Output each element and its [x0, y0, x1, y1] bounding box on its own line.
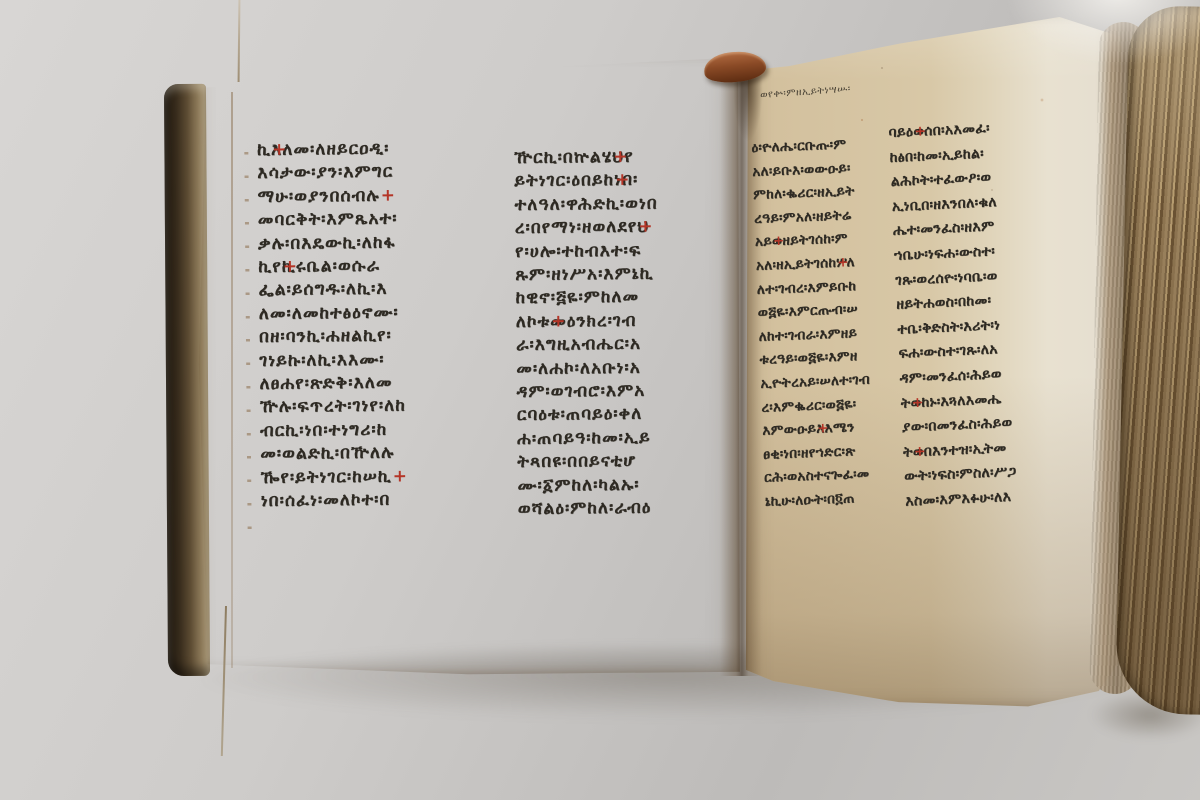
text-line: የ፡ሀሎ፡ተከብእተ፡ፍ [515, 238, 747, 264]
rubric-cross: + [380, 184, 398, 208]
rubric-cross: + [282, 256, 300, 280]
text-line: ይትነገር፡ዕበይከ+ነበ፡ [514, 168, 746, 194]
right-page-column-1: ዕ፡ዮለሔ፡ርቡጡ፡ምአለ፡ይቡእ፡ወውዑይ፡ምከለ፡ቈሪር፡ዘኢይትረዓይ፡ም… [751, 132, 899, 514]
text-line: ለመ፡ለመከተፅዕኖሙ፡ [259, 300, 495, 326]
rubric-cross: + [816, 417, 831, 441]
text-line: ፌል፡ይሰግዱ፡ለኪ፡እ [258, 277, 494, 303]
rubric-cross: + [913, 119, 928, 144]
text-line: ዳም፡ወገብሮ፡እምአ [516, 379, 748, 405]
text-line: ዀየ፡ይትነገር፡ከሠኪ+ [260, 464, 496, 490]
rubric-cross: + [550, 310, 568, 334]
text-line: ኪ+እለመ፡ለዘይርዐዲ፡ [257, 137, 493, 163]
text-line: ርባዕቱ፡ጠባይዕ፡ቀለ [517, 402, 749, 428]
text-line: በዘ፡ባንኪ፡ሐዘልኪየ፡ [259, 324, 495, 350]
rubric-cross: + [910, 390, 925, 415]
manuscript-photograph: ወየቍ፡ምዘኢይትነሣሡ፡ ኪ+እለመ፡ለዘይርዐዲ፡እሳታው፡ያን፡እምግርማ… [0, 0, 1200, 800]
rubric-cross: + [836, 251, 851, 275]
rubric-cross: + [392, 465, 410, 489]
gutter-top-shadow [733, 72, 763, 142]
text-line: ከዊኖ፡፭ዬ፡ምከለመ [515, 285, 747, 311]
rubric-cross: + [614, 169, 632, 193]
text-line: ኪየ+ኪሩቤል፡ወሱራ [258, 254, 494, 280]
binding-thread-top [238, 0, 241, 82]
text-line: ነበ፡ሰፈነ፡መለኮተ፡በ [261, 488, 497, 514]
text-line: ብርኪ፡ነበ፡ተነግሪ፡ከ [260, 417, 496, 443]
rubric-cross: + [612, 146, 630, 170]
text-line: ዅሉ፡ፍጥረት፡ገነየ፡ለከ [260, 394, 496, 420]
text-line: ዅርኪ፡በኵልሄ+ህየ [514, 145, 746, 171]
overexposed-highlight [1008, 0, 1200, 64]
left-page-column-1: ኪ+እለመ፡ለዘይርዐዲ፡እሳታው፡ያን፡እምግርማሁ፡ወያንበሰብሉ+መባርቅ… [257, 137, 497, 514]
text-line: መ፡ወልድኪ፡በዅለሉ [260, 441, 496, 467]
left-page-column-2: ዅርኪ፡በኵልሄ+ህየይትነገር፡ዕበይከ+ነበ፡ተለዓለ፡ዋሕድኪ፡ወነበረ፡… [514, 145, 750, 522]
rubric-cross: + [912, 439, 927, 464]
text-line: መ፡ለሐኮ፡ለአቡነ፡አ [516, 355, 748, 381]
text-line: ለኮቱ+መዕንክረ፡ገብ [516, 308, 748, 334]
text-line: ወሻልዕ፡ምከለ፡ራብዕ [518, 496, 750, 522]
text-line: ረ፡በየማነ፡ዘወለደየ+ህ [515, 215, 747, 241]
text-line: ተለዓለ፡ዋሕድኪ፡ወነበ [514, 191, 746, 217]
text-line: ጹም፡ዘነሥአ፡እምኔኪ [515, 262, 747, 288]
text-line: ማሁ፡ወያንበሰብሉ+ [257, 183, 493, 209]
text-line: ቃሉ፡በእዴውኪ፡ለከፋ [258, 230, 494, 256]
text-line: ሙ፡፩ምከለ፡ካልኡ፡ [517, 472, 749, 498]
page-crease-line [231, 92, 233, 668]
text-line: እሳታው፡ያን፡እምግር [257, 160, 493, 186]
text-line: መባርቅት፡እምጼአተ፡ [258, 207, 494, 233]
rubric-cross: + [271, 139, 289, 163]
rubric-cross: + [772, 230, 787, 254]
rubric-cross: + [637, 216, 655, 240]
text-line: ገነይኩ፡ለኪ፡እእሙ፡ [259, 347, 495, 373]
text-line: ትጻበዩ፡በበይናቲሆ [517, 449, 749, 475]
fore-edge-page-stack [1115, 5, 1200, 715]
text-line: ሐ፡ጠባይዓ፡ከመ፡ኢይ [517, 425, 749, 451]
right-page-column-2: ባይዕ+ወሰበ፡አእመፈ፡ከፅበ፡ከመ፡ኢይከል፡ልሕኮት፡ተፈውዖ፡ወኢነቢበ… [888, 114, 1066, 514]
text-line: ራ፡እግዚአብሔር፡አ [516, 332, 748, 358]
text-line: ለፀሐየ፡ጽድቅ፡እለመ [259, 371, 495, 397]
